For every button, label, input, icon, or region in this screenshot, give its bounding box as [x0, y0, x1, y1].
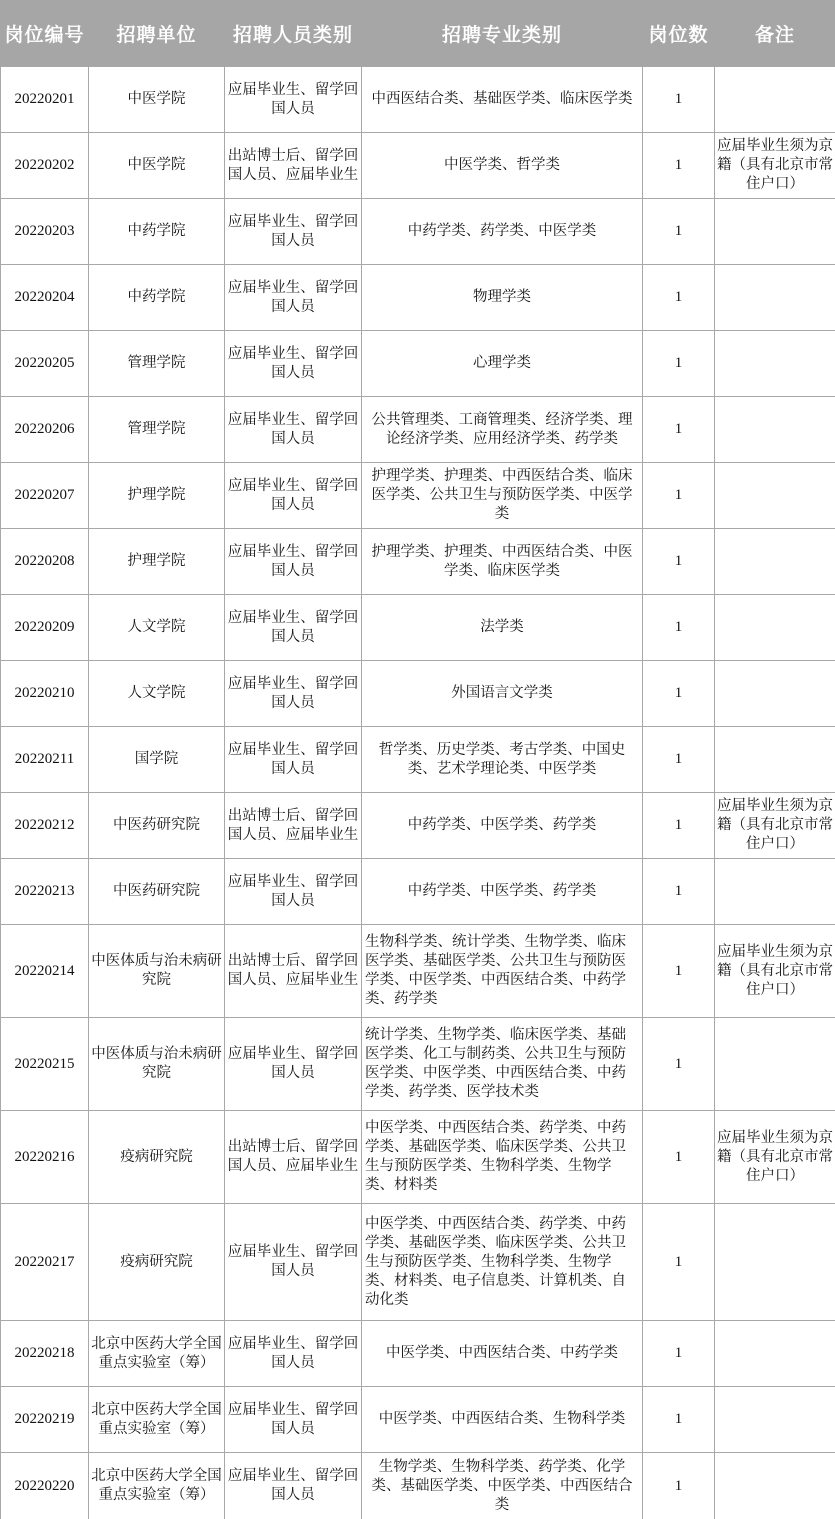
header-major: 招聘专业类别 [362, 0, 643, 67]
position-count-cell: 1 [643, 595, 715, 661]
note-cell [715, 1387, 835, 1453]
major-category-cell: 中医学类、中西医结合类、药学类、中药学类、基础医学类、临床医学类、公共卫生与预防… [362, 1204, 643, 1321]
unit-cell: 疫病研究院 [89, 1111, 225, 1204]
table-row: 20220218北京中医药大学全国重点实验室（筹）应届毕业生、留学回国人员中医学… [1, 1321, 835, 1387]
unit-cell: 中医学院 [89, 133, 225, 199]
unit-cell: 护理学院 [89, 463, 225, 529]
position-count-cell: 1 [643, 397, 715, 463]
personnel-type-cell: 出站博士后、留学回国人员、应届毕业生 [225, 133, 362, 199]
table-row: 20220208护理学院应届毕业生、留学回国人员护理学类、护理类、中西医结合类、… [1, 529, 835, 595]
personnel-type-cell: 应届毕业生、留学回国人员 [225, 199, 362, 265]
note-cell: 应届毕业生须为京籍（具有北京市常住户口） [715, 1111, 835, 1204]
table-row: 20220205管理学院应届毕业生、留学回国人员心理学类1 [1, 331, 835, 397]
note-cell [715, 1453, 835, 1519]
note-cell: 应届毕业生须为京籍（具有北京市常住户口） [715, 793, 835, 859]
position-count-cell: 1 [643, 1387, 715, 1453]
unit-cell: 国学院 [89, 727, 225, 793]
position-code-cell: 20220211 [1, 727, 89, 793]
personnel-type-cell: 出站博士后、留学回国人员、应届毕业生 [225, 1111, 362, 1204]
position-code-cell: 20220203 [1, 199, 89, 265]
table-row: 20220202中医学院出站博士后、留学回国人员、应届毕业生中医学类、哲学类1应… [1, 133, 835, 199]
unit-cell: 北京中医药大学全国重点实验室（筹） [89, 1321, 225, 1387]
table-row: 20220220北京中医药大学全国重点实验室（筹）应届毕业生、留学回国人员生物学… [1, 1453, 835, 1519]
personnel-type-cell: 应届毕业生、留学回国人员 [225, 463, 362, 529]
position-count-cell: 1 [643, 859, 715, 925]
major-category-cell: 生物科学类、统计学类、生物学类、临床医学类、基础医学类、公共卫生与预防医学类、中… [362, 925, 643, 1018]
unit-cell: 管理学院 [89, 331, 225, 397]
position-count-cell: 1 [643, 1321, 715, 1387]
position-code-cell: 20220204 [1, 265, 89, 331]
unit-cell: 中医药研究院 [89, 793, 225, 859]
position-count-cell: 1 [643, 1453, 715, 1519]
position-code-cell: 20220208 [1, 529, 89, 595]
header-unit: 招聘单位 [89, 0, 225, 67]
position-count-cell: 1 [643, 331, 715, 397]
position-code-cell: 20220219 [1, 1387, 89, 1453]
major-category-cell: 中药学类、中医学类、药学类 [362, 859, 643, 925]
header-type: 招聘人员类别 [225, 0, 362, 67]
unit-cell: 中医体质与治未病研究院 [89, 1018, 225, 1111]
note-cell: 应届毕业生须为京籍（具有北京市常住户口） [715, 133, 835, 199]
note-cell [715, 463, 835, 529]
position-code-cell: 20220213 [1, 859, 89, 925]
position-count-cell: 1 [643, 1018, 715, 1111]
position-count-cell: 1 [643, 1204, 715, 1321]
note-cell: 应届毕业生须为京籍（具有北京市常住户口） [715, 925, 835, 1018]
position-code-cell: 20220205 [1, 331, 89, 397]
position-count-cell: 1 [643, 529, 715, 595]
unit-cell: 北京中医药大学全国重点实验室（筹） [89, 1387, 225, 1453]
note-cell [715, 859, 835, 925]
personnel-type-cell: 应届毕业生、留学回国人员 [225, 727, 362, 793]
note-cell [715, 1321, 835, 1387]
position-code-cell: 20220207 [1, 463, 89, 529]
personnel-type-cell: 应届毕业生、留学回国人员 [225, 67, 362, 133]
position-count-cell: 1 [643, 133, 715, 199]
table-row: 20220219北京中医药大学全国重点实验室（筹）应届毕业生、留学回国人员中医学… [1, 1387, 835, 1453]
table-row: 20220214中医体质与治未病研究院出站博士后、留学回国人员、应届毕业生生物科… [1, 925, 835, 1018]
unit-cell: 中药学院 [89, 265, 225, 331]
table-row: 20220204中药学院应届毕业生、留学回国人员物理学类1 [1, 265, 835, 331]
table-row: 20220213中医药研究院应届毕业生、留学回国人员中药学类、中医学类、药学类1 [1, 859, 835, 925]
note-cell [715, 661, 835, 727]
personnel-type-cell: 应届毕业生、留学回国人员 [225, 1387, 362, 1453]
personnel-type-cell: 应届毕业生、留学回国人员 [225, 397, 362, 463]
major-category-cell: 外国语言文学类 [362, 661, 643, 727]
position-code-cell: 20220210 [1, 661, 89, 727]
position-code-cell: 20220202 [1, 133, 89, 199]
position-count-cell: 1 [643, 265, 715, 331]
unit-cell: 中医药研究院 [89, 859, 225, 925]
major-category-cell: 中医学类、中西医结合类、生物科学类 [362, 1387, 643, 1453]
personnel-type-cell: 应届毕业生、留学回国人员 [225, 331, 362, 397]
major-category-cell: 中药学类、药学类、中医学类 [362, 199, 643, 265]
header-row: 岗位编号 招聘单位 招聘人员类别 招聘专业类别 岗位数 备注 [1, 0, 835, 67]
major-category-cell: 中西医结合类、基础医学类、临床医学类 [362, 67, 643, 133]
position-count-cell: 1 [643, 661, 715, 727]
major-category-cell: 中医学类、中西医结合类、药学类、中药学类、基础医学类、临床医学类、公共卫生与预防… [362, 1111, 643, 1204]
position-count-cell: 1 [643, 67, 715, 133]
unit-cell: 中医学院 [89, 67, 225, 133]
note-cell [715, 397, 835, 463]
position-code-cell: 20220214 [1, 925, 89, 1018]
table-row: 20220207护理学院应届毕业生、留学回国人员护理学类、护理类、中西医结合类、… [1, 463, 835, 529]
table-row: 20220217疫病研究院应届毕业生、留学回国人员中医学类、中西医结合类、药学类… [1, 1204, 835, 1321]
table-row: 20220211国学院应届毕业生、留学回国人员哲学类、历史学类、考古学类、中国史… [1, 727, 835, 793]
unit-cell: 中药学院 [89, 199, 225, 265]
unit-cell: 管理学院 [89, 397, 225, 463]
position-code-cell: 20220216 [1, 1111, 89, 1204]
major-category-cell: 护理学类、护理类、中西医结合类、中医学类、临床医学类 [362, 529, 643, 595]
table-row: 20220212中医药研究院出站博士后、留学回国人员、应届毕业生中药学类、中医学… [1, 793, 835, 859]
table-row: 20220206管理学院应届毕业生、留学回国人员公共管理类、工商管理类、经济学类… [1, 397, 835, 463]
position-count-cell: 1 [643, 793, 715, 859]
personnel-type-cell: 出站博士后、留学回国人员、应届毕业生 [225, 925, 362, 1018]
note-cell [715, 199, 835, 265]
personnel-type-cell: 应届毕业生、留学回国人员 [225, 1453, 362, 1519]
unit-cell: 北京中医药大学全国重点实验室（筹） [89, 1453, 225, 1519]
major-category-cell: 护理学类、护理类、中西医结合类、临床医学类、公共卫生与预防医学类、中医学类 [362, 463, 643, 529]
unit-cell: 疫病研究院 [89, 1204, 225, 1321]
position-code-cell: 20220201 [1, 67, 89, 133]
header-count: 岗位数 [643, 0, 715, 67]
position-count-cell: 1 [643, 727, 715, 793]
unit-cell: 人文学院 [89, 661, 225, 727]
note-cell [715, 529, 835, 595]
table-row: 20220210人文学院应届毕业生、留学回国人员外国语言文学类1 [1, 661, 835, 727]
position-code-cell: 20220217 [1, 1204, 89, 1321]
table-row: 20220209人文学院应届毕业生、留学回国人员法学类1 [1, 595, 835, 661]
unit-cell: 护理学院 [89, 529, 225, 595]
position-code-cell: 20220209 [1, 595, 89, 661]
note-cell [715, 727, 835, 793]
personnel-type-cell: 应届毕业生、留学回国人员 [225, 1204, 362, 1321]
personnel-type-cell: 应届毕业生、留学回国人员 [225, 529, 362, 595]
note-cell [715, 67, 835, 133]
table-row: 20220216疫病研究院出站博士后、留学回国人员、应届毕业生中医学类、中西医结… [1, 1111, 835, 1204]
unit-cell: 人文学院 [89, 595, 225, 661]
major-category-cell: 中医学类、中西医结合类、中药学类 [362, 1321, 643, 1387]
unit-cell: 中医体质与治未病研究院 [89, 925, 225, 1018]
personnel-type-cell: 出站博士后、留学回国人员、应届毕业生 [225, 793, 362, 859]
personnel-type-cell: 应届毕业生、留学回国人员 [225, 661, 362, 727]
personnel-type-cell: 应届毕业生、留学回国人员 [225, 1321, 362, 1387]
table-row: 20220203中药学院应届毕业生、留学回国人员中药学类、药学类、中医学类1 [1, 199, 835, 265]
position-code-cell: 20220218 [1, 1321, 89, 1387]
position-count-cell: 1 [643, 1111, 715, 1204]
personnel-type-cell: 应届毕业生、留学回国人员 [225, 595, 362, 661]
position-count-cell: 1 [643, 925, 715, 1018]
note-cell [715, 1204, 835, 1321]
personnel-type-cell: 应届毕业生、留学回国人员 [225, 859, 362, 925]
recruitment-table: 岗位编号 招聘单位 招聘人员类别 招聘专业类别 岗位数 备注 20220201中… [0, 0, 835, 1519]
header-note: 备注 [715, 0, 835, 67]
note-cell [715, 265, 835, 331]
position-code-cell: 20220206 [1, 397, 89, 463]
position-code-cell: 20220215 [1, 1018, 89, 1111]
major-category-cell: 哲学类、历史学类、考古学类、中国史类、艺术学理论类、中医学类 [362, 727, 643, 793]
major-category-cell: 法学类 [362, 595, 643, 661]
position-code-cell: 20220220 [1, 1453, 89, 1519]
major-category-cell: 中药学类、中医学类、药学类 [362, 793, 643, 859]
major-category-cell: 生物学类、生物科学类、药学类、化学类、基础医学类、中医学类、中西医结合类 [362, 1453, 643, 1519]
major-category-cell: 统计学类、生物学类、临床医学类、基础医学类、化工与制药类、公共卫生与预防医学类、… [362, 1018, 643, 1111]
note-cell [715, 331, 835, 397]
major-category-cell: 公共管理类、工商管理类、经济学类、理论经济学类、应用经济学类、药学类 [362, 397, 643, 463]
major-category-cell: 心理学类 [362, 331, 643, 397]
table-row: 20220215中医体质与治未病研究院应届毕业生、留学回国人员统计学类、生物学类… [1, 1018, 835, 1111]
position-count-cell: 1 [643, 199, 715, 265]
position-count-cell: 1 [643, 463, 715, 529]
table-row: 20220201中医学院应届毕业生、留学回国人员中西医结合类、基础医学类、临床医… [1, 67, 835, 133]
note-cell [715, 595, 835, 661]
position-code-cell: 20220212 [1, 793, 89, 859]
major-category-cell: 中医学类、哲学类 [362, 133, 643, 199]
note-cell [715, 1018, 835, 1111]
personnel-type-cell: 应届毕业生、留学回国人员 [225, 1018, 362, 1111]
personnel-type-cell: 应届毕业生、留学回国人员 [225, 265, 362, 331]
major-category-cell: 物理学类 [362, 265, 643, 331]
header-code: 岗位编号 [1, 0, 89, 67]
